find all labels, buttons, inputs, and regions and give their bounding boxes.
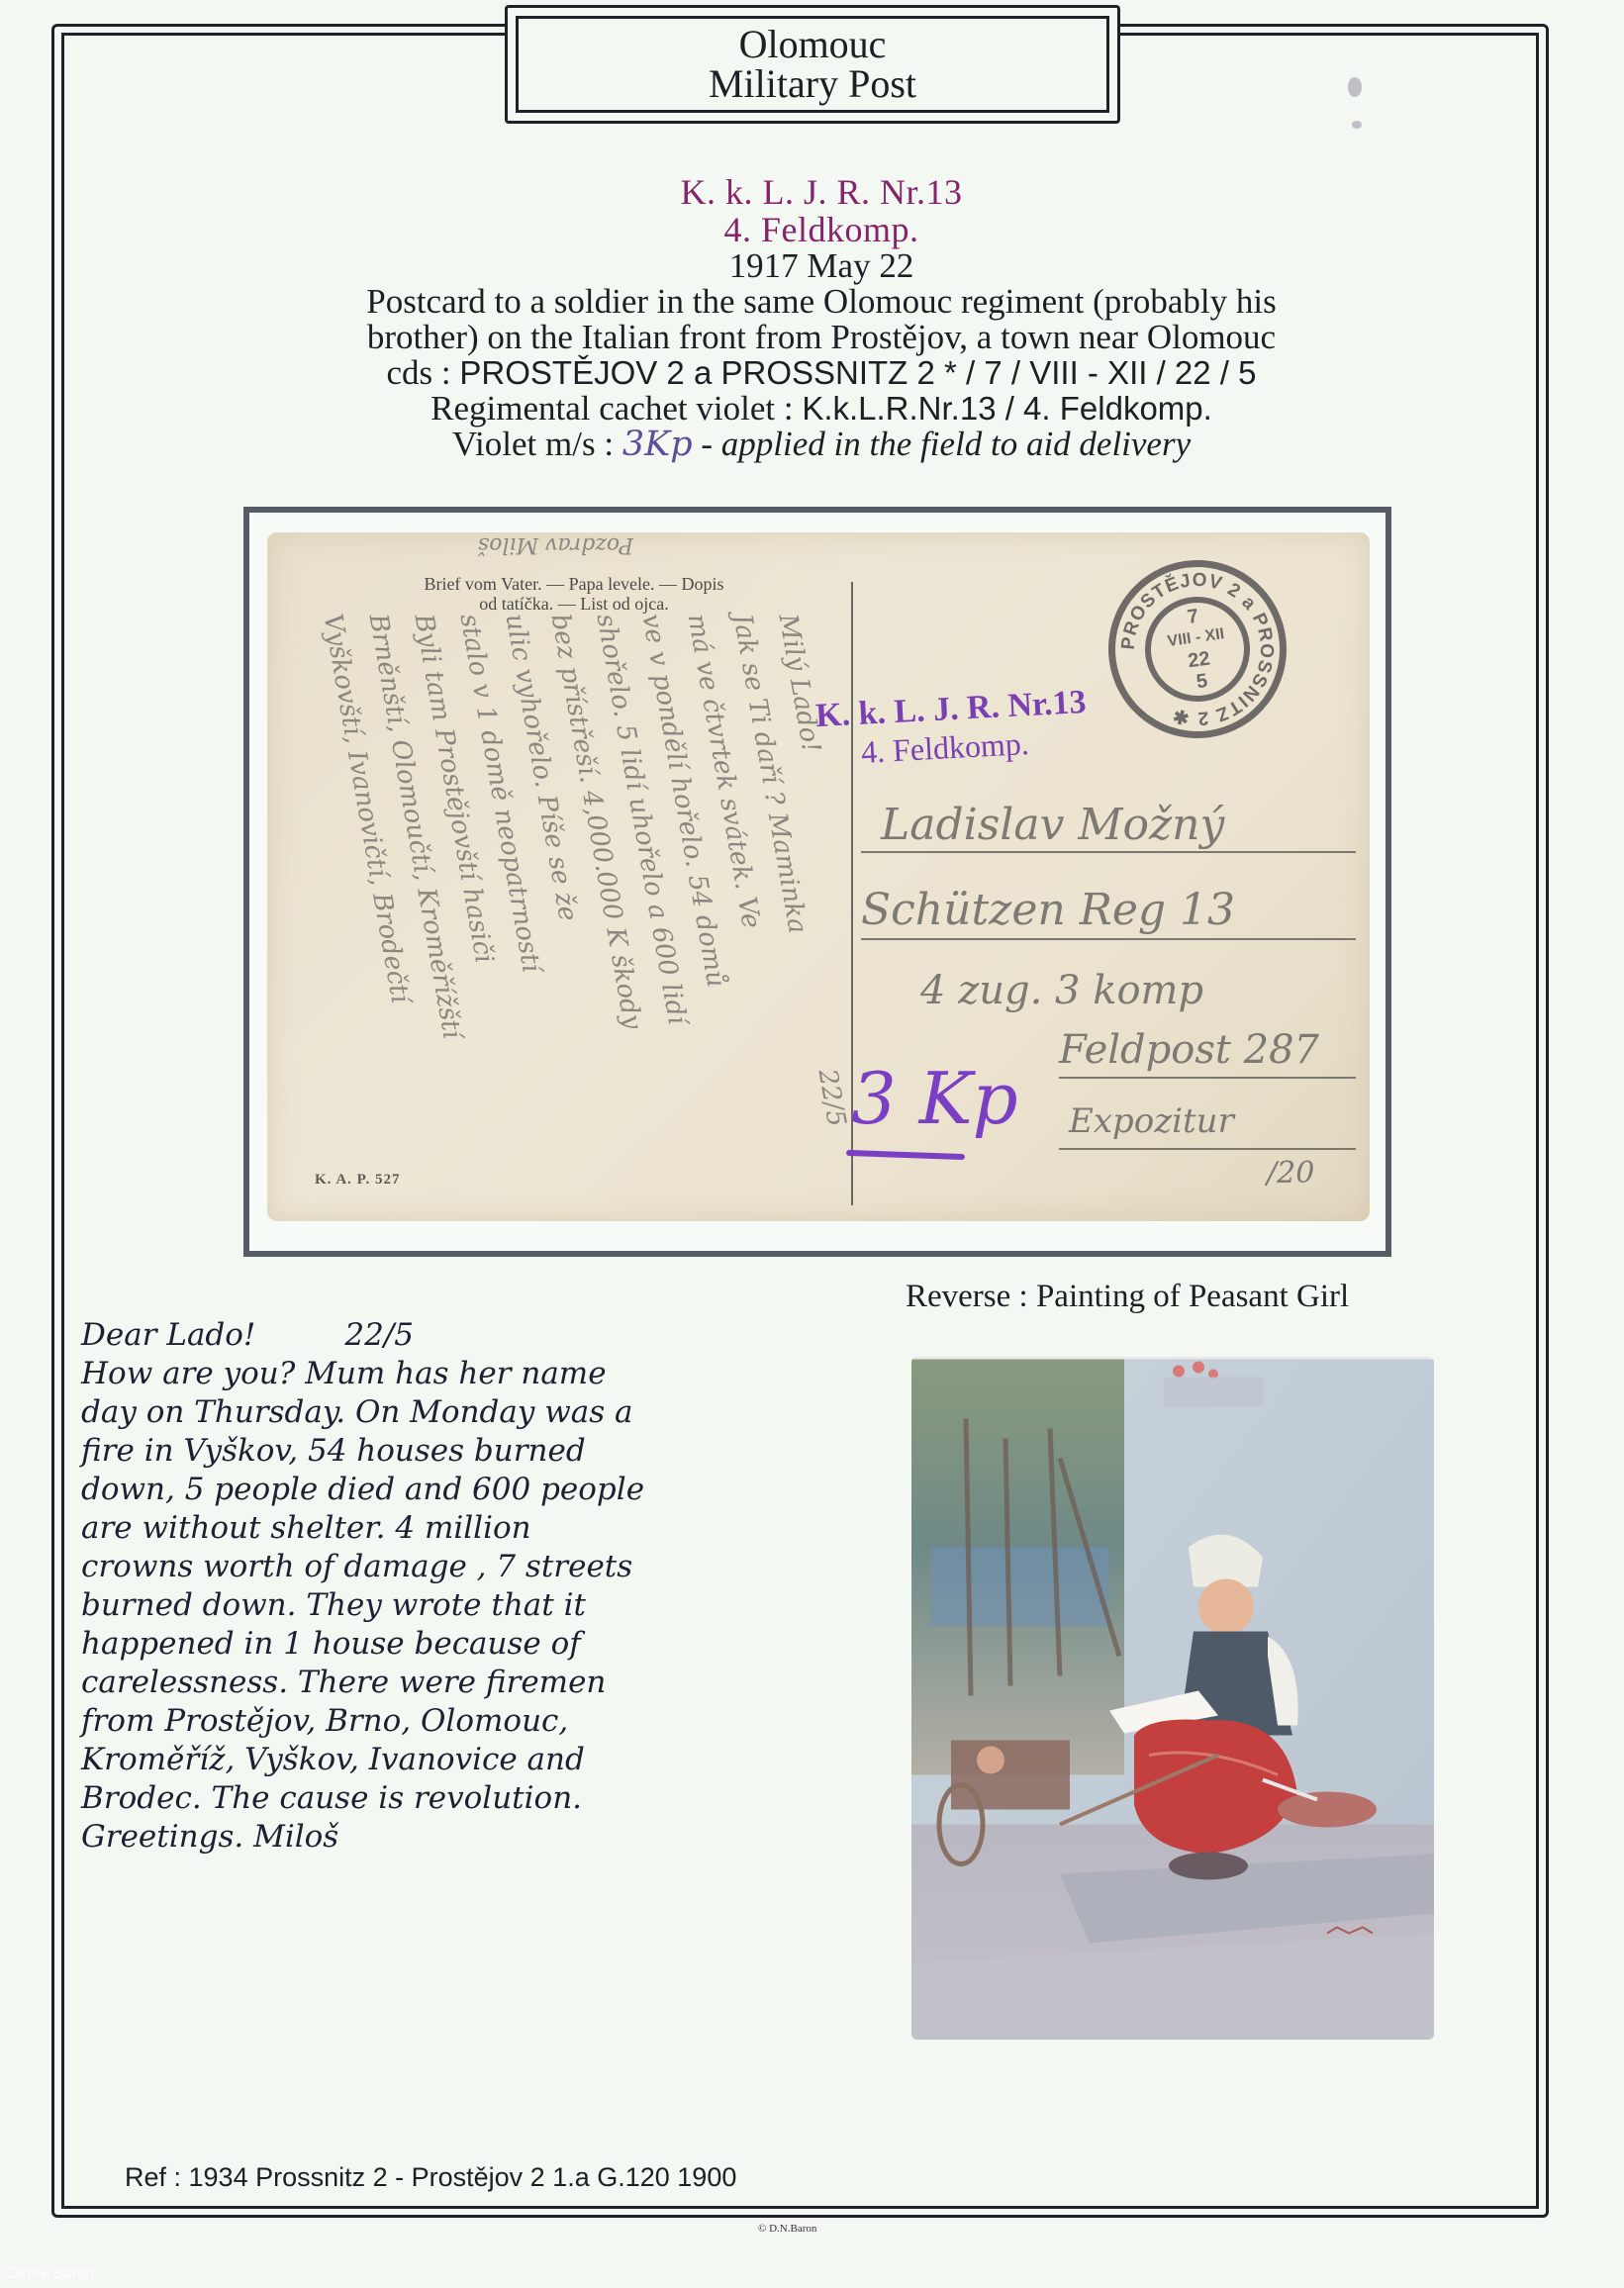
publisher-code: K. A. P. 527 bbox=[315, 1172, 400, 1189]
title-box: Olomouc Military Post bbox=[505, 5, 1120, 124]
translation-line: fire in Vyškov, 54 houses burned bbox=[81, 1432, 774, 1471]
translation-line: from Prostějov, Brno, Olomouc, bbox=[81, 1702, 774, 1741]
printed-header-line1: Brief vom Vater. — Papa levele. — Dopis bbox=[327, 574, 821, 594]
page-subtitle: Military Post bbox=[709, 64, 916, 104]
reverse-caption: Reverse : Painting of Peasant Girl bbox=[906, 1279, 1349, 1315]
page-title: Olomouc bbox=[739, 25, 887, 64]
address-rule-1 bbox=[861, 851, 1356, 853]
address-line5: Expozitur bbox=[1069, 1101, 1234, 1141]
copyright: © D.N.Baron bbox=[758, 2223, 816, 2235]
translation-line: How are you? Mum has her name bbox=[81, 1355, 774, 1393]
watermark: Derek Baron bbox=[8, 2266, 94, 2282]
reverse-painting bbox=[911, 1357, 1434, 2040]
translation-line: burned down. They wrote that it bbox=[81, 1586, 774, 1625]
cachet-value: K.k.L.R.Nr.13 / 4. Feldkomp. bbox=[802, 390, 1212, 427]
reference-text: Ref : 1934 Prossnitz 2 - Prostějov 2 1.a… bbox=[125, 2162, 736, 2193]
description-line2: brother) on the Italian front from Prost… bbox=[277, 320, 1366, 355]
message-date-note: 22/5 bbox=[812, 1067, 851, 1129]
translation-line: carelessness. There were firemen bbox=[81, 1664, 774, 1702]
postmark-date: 22 bbox=[1187, 647, 1211, 672]
postmark-month: 5 bbox=[1195, 670, 1209, 693]
translation-line: are without shelter. 4 million bbox=[81, 1509, 774, 1548]
description-line1: Postcard to a soldier in the same Olomou… bbox=[277, 284, 1366, 320]
postcard-mount: Brief vom Vater. — Papa levele. — Dopis … bbox=[243, 507, 1391, 1257]
address-line4: Feldpost 287 bbox=[1059, 1027, 1319, 1073]
manuscript-line: Violet m/s : 3Kp - applied in the field … bbox=[277, 427, 1366, 462]
description: K. k. L. J. R. Nr.13 4. Feldkomp. 1917 M… bbox=[277, 173, 1366, 462]
postmark-day: 7 bbox=[1186, 606, 1199, 628]
title-box-inner: Olomouc Military Post bbox=[516, 16, 1109, 113]
translation-greeting: Dear Lado! bbox=[81, 1316, 255, 1355]
translation-line: Kroměříž, Vyškov, Ivanovice and bbox=[81, 1741, 774, 1779]
translation: Dear Lado! 22/5 How are you? Mum has her… bbox=[81, 1316, 774, 1857]
address-rule-4 bbox=[1059, 1148, 1356, 1150]
message-sender-note: Pozdrav Miloš bbox=[478, 532, 633, 557]
cachet-heading-line1: K. k. L. J. R. Nr.13 bbox=[277, 173, 1366, 211]
address-rule-3 bbox=[1059, 1077, 1356, 1079]
cachet-label: Regimental cachet violet : bbox=[430, 389, 802, 428]
translation-line: happened in 1 house because of bbox=[81, 1625, 774, 1664]
peasant-girl-painting-image bbox=[911, 1357, 1434, 2040]
handwritten-message: Milý Lado!Jak se Ti daří ? Maminkamá ve … bbox=[307, 592, 821, 1186]
translation-line: crowns worth of damage , 7 streets bbox=[81, 1548, 774, 1586]
translation-body: How are you? Mum has her nameday on Thur… bbox=[81, 1355, 774, 1857]
translation-head: Dear Lado! 22/5 bbox=[81, 1316, 774, 1355]
ms-label: Violet m/s : bbox=[452, 425, 622, 463]
cachet-heading-line2: 4. Feldkomp. bbox=[277, 211, 1366, 248]
address-line1: Ladislav Možný bbox=[881, 800, 1224, 850]
address-line2: Schützen Reg 13 bbox=[861, 885, 1235, 935]
cds-value: PROSTĚJOV 2 a PROSSNITZ 2 * / 7 / VIII -… bbox=[459, 354, 1256, 391]
cds-line: cds : PROSTĚJOV 2 a PROSSNITZ 2 * / 7 / … bbox=[277, 355, 1366, 391]
translation-date: 22/5 bbox=[344, 1316, 414, 1355]
ms-note: - applied in the field to aid delivery bbox=[693, 425, 1191, 463]
translation-line: Greetings. Miloš bbox=[81, 1818, 774, 1857]
postmark-cds: PROSTĚJOV 2 a PROSSNITZ 2 ✱ 7 VIII - XII… bbox=[1097, 548, 1297, 749]
postcard-front: Brief vom Vater. — Papa levele. — Dopis … bbox=[267, 532, 1370, 1221]
cds-label: cds : bbox=[387, 353, 460, 392]
regimental-cachet: K. k. L. J. R. Nr.13 4. Feldkomp. bbox=[814, 684, 1089, 773]
address-line3: 4 zug. 3 komp bbox=[920, 968, 1203, 1013]
rate-mark-underline bbox=[846, 1150, 965, 1160]
address-rule-2 bbox=[861, 938, 1356, 940]
address-note: /20 bbox=[1267, 1156, 1314, 1191]
postcard-date: 1917 May 22 bbox=[277, 248, 1366, 284]
translation-line: down, 5 people died and 600 people bbox=[81, 1471, 774, 1509]
translation-line: Brodec. The cause is revolution. bbox=[81, 1779, 774, 1818]
ms-value: 3Kp bbox=[622, 425, 693, 464]
translation-line: day on Thursday. On Monday was a bbox=[81, 1393, 774, 1432]
rate-mark-3kp: 3 Kp bbox=[851, 1057, 1018, 1140]
cachet-line: Regimental cachet violet : K.k.L.R.Nr.13… bbox=[277, 391, 1366, 427]
